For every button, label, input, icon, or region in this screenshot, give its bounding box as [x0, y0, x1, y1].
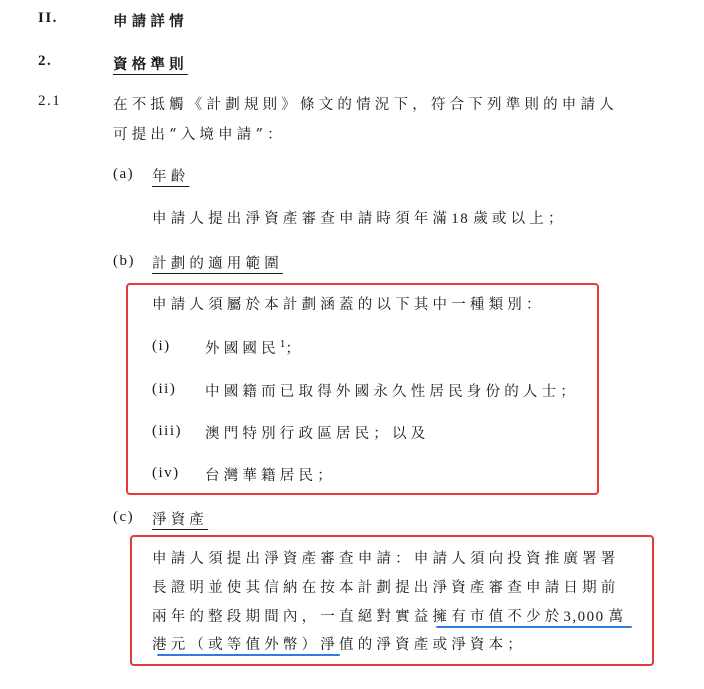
scope-item-foreign-national: 外國國民1；	[205, 337, 304, 358]
criterion-a-title: 年齡	[152, 165, 189, 186]
clause-line-1: 在不抵觸《計劃規則》條文的情況下，符合下列準則的申請人	[113, 93, 618, 114]
net-assets-highlight-market-value: 擁有市值不少於	[433, 609, 564, 625]
net-assets-line-4-suffix: 的淨資產或淨資本；	[358, 637, 526, 653]
net-assets-highlight-currency: 港元（或等值外幣）淨值	[152, 637, 358, 653]
blue-underline-currency	[157, 654, 340, 656]
criterion-a-body: 申請人提出淨資產審查申請時須年滿18歲或以上；	[152, 207, 567, 228]
criterion-a-body-prefix: 申請人提出淨資產審查申請時須年滿	[152, 211, 451, 227]
criterion-c-label: (c)	[113, 509, 134, 526]
scope-item-text: 外國國民	[205, 341, 280, 357]
criterion-a-label: (a)	[113, 166, 134, 183]
section-title: 申請詳情	[113, 10, 188, 31]
net-assets-line-4: 港元（或等值外幣）淨值的淨資產或淨資本；	[152, 633, 526, 654]
criterion-b-title: 計劃的適用範圍	[152, 252, 283, 273]
section-number: II.	[38, 10, 58, 27]
net-assets-line-2: 長證明並使其信納在按本計劃提出淨資產審查申請日期前	[152, 576, 620, 597]
subsection-title: 資格準則	[113, 53, 188, 74]
criterion-b-label: (b)	[113, 253, 135, 270]
clause-line-2: 可提出“入境申請”：	[113, 123, 286, 144]
scope-item-numeral-i: (i)	[152, 338, 171, 355]
blue-underline-market-value	[436, 626, 632, 628]
scope-item-numeral-iv: (iv)	[152, 465, 180, 482]
scope-item-macao-resident: 澳門特別行政區居民；以及	[205, 422, 429, 443]
scope-item-numeral-iii: (iii)	[152, 423, 182, 440]
scope-item-chinese-foreign-pr: 中國籍而已取得外國永久性居民身份的人士；	[205, 380, 579, 401]
clause-number: 2.1	[38, 93, 61, 110]
subsection-number: 2.	[38, 53, 52, 70]
criterion-b-intro: 申請人須屬於本計劃涵蓋的以下其中一種類別：	[152, 293, 545, 314]
net-assets-line-3-prefix: 兩年的整段期間內，一直絕對實益	[152, 609, 433, 625]
scope-item-taiwan-resident: 台灣華籍居民；	[205, 464, 336, 485]
net-assets-amount: 3,000	[563, 609, 604, 625]
criterion-a-body-suffix: 歲或以上；	[473, 211, 567, 227]
net-assets-line-1: 申請人須提出淨資產審查申請：申請人須向投資推廣署署	[152, 547, 620, 568]
scope-item-numeral-ii: (ii)	[152, 381, 176, 398]
net-assets-amount-unit: 萬	[609, 609, 628, 625]
criterion-c-title: 淨資產	[152, 508, 208, 529]
net-assets-line-3: 兩年的整段期間內，一直絕對實益擁有市值不少於3,000萬	[152, 605, 627, 626]
scope-item-trail: ；	[286, 341, 305, 357]
criterion-a-age: 18	[451, 211, 469, 227]
